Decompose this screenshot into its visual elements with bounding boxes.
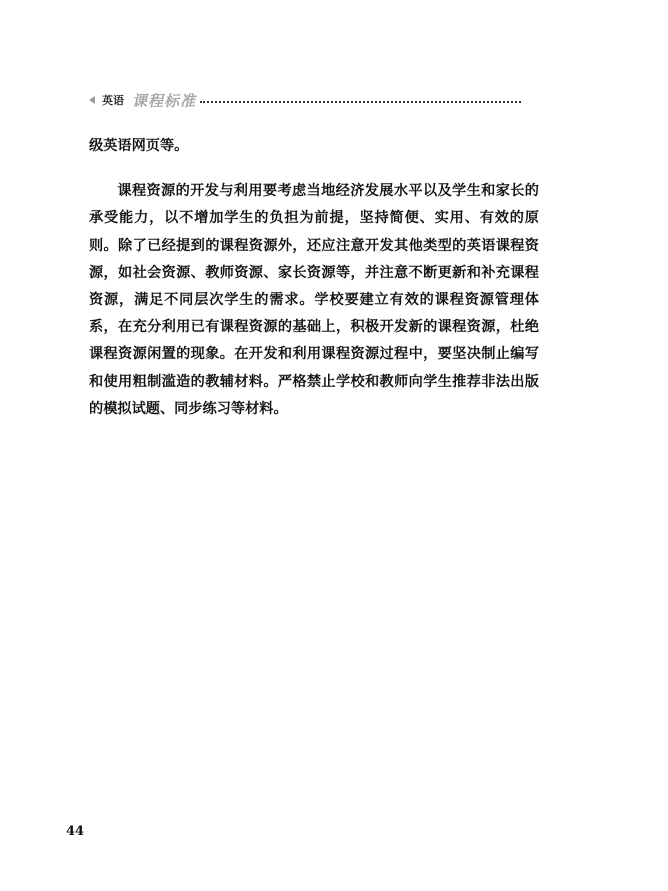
page-number: 44 (66, 824, 84, 839)
continuation-paragraph: 级英语网页等。 (89, 133, 539, 160)
body-paragraph: 课程资源的开发与利用要考虑当地经济发展水平以及学生和家长的承受能力，以不增加学生… (89, 178, 539, 423)
running-header: 英语 课程标准 (89, 91, 521, 109)
page-body: 级英语网页等。 课程资源的开发与利用要考虑当地经济发展水平以及学生和家长的承受能… (89, 133, 539, 423)
header-subject: 英语 (102, 92, 124, 108)
left-triangle-icon (89, 96, 95, 104)
header-title: 课程标准 (132, 90, 196, 111)
header-dotted-rule (200, 101, 521, 103)
